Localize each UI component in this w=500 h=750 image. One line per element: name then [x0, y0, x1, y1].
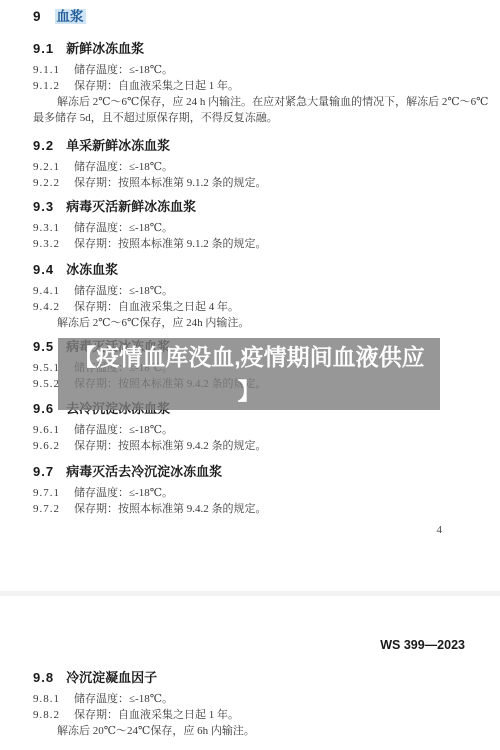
chapter-number: 9: [33, 9, 41, 24]
clause-text: 保存期：自血液采集之日起 4 年。: [74, 301, 239, 313]
clause-number: 9.1.2: [33, 80, 60, 92]
clause-9.3.2: 9.3.2保存期：按照本标准第 9.1.2 条的规定。: [33, 236, 500, 252]
clause-9.2.1: 9.2.1储存温度：≤-18℃。: [33, 159, 500, 175]
clause-text: 储存温度：≤-18℃。: [74, 222, 173, 234]
section-number: 9.4: [33, 262, 54, 277]
section-title: 病毒灭活新鲜冰冻血浆: [66, 199, 196, 214]
section-number: 9.7: [33, 464, 54, 479]
page-separator: [0, 591, 500, 596]
clause-number: 9.3.1: [33, 222, 60, 234]
clause-number: 9.6.2: [33, 440, 60, 452]
clause-text: 保存期：按照本标准第 9.1.2 条的规定。: [74, 238, 267, 250]
section-number: 9.5: [33, 339, 54, 354]
section-9.1: 9.1新鲜冰冻血浆 9.1.1储存温度：≤-18℃。9.1.2保存期：自血液采集…: [33, 40, 500, 126]
section-number: 9.1: [33, 41, 54, 56]
clause-text: 保存期：按照本标准第 9.4.2 条的规定。: [74, 503, 267, 515]
note-line: 解冻后 2℃～6℃保存，应 24 h 内输注。在应对紧急大量输血的情况下，解冻后…: [33, 94, 500, 110]
section-number: 9.3: [33, 199, 54, 214]
section-9.3: 9.3病毒灭活新鲜冰冻血浆 9.3.1储存温度：≤-18℃。9.3.2保存期：按…: [33, 198, 500, 252]
section-9.7: 9.7病毒灭活去冷沉淀冰冻血浆 9.7.1储存温度：≤-18℃。9.7.2保存期…: [33, 463, 500, 517]
clause-9.4.2: 9.4.2保存期：自血液采集之日起 4 年。: [33, 299, 500, 315]
note-line: 最多储存 5d，且不超过原保存期，不得反复冻融。: [33, 110, 500, 126]
section-number: 9.8: [33, 670, 54, 685]
page4-sections: 9.1新鲜冰冻血浆 9.1.1储存温度：≤-18℃。9.1.2保存期：自血液采集…: [33, 40, 500, 517]
document-page: 9血浆 9.1新鲜冰冻血浆 9.1.1储存温度：≤-18℃。9.1.2保存期：自…: [0, 0, 500, 750]
clause-9.8.1: 9.8.1储存温度：≤-18℃。: [33, 691, 500, 707]
chapter-title: 血浆: [55, 9, 86, 24]
clause-number: 9.7.2: [33, 503, 60, 515]
section-9.4: 9.4冰冻血浆 9.4.1储存温度：≤-18℃。9.4.2保存期：自血液采集之日…: [33, 261, 500, 331]
clause-9.2.2: 9.2.2保存期：按照本标准第 9.1.2 条的规定。: [33, 175, 500, 191]
note-line: 解冻后 2℃～6℃保存，应 24h 内输注。: [33, 315, 500, 331]
clause-9.7.2: 9.7.2保存期：按照本标准第 9.4.2 条的规定。: [33, 501, 500, 517]
page5-sections: 9.8冷沉淀凝血因子 9.8.1储存温度：≤-18℃。9.8.2保存期：自血液采…: [33, 669, 500, 739]
clause-number: 9.3.2: [33, 238, 60, 250]
page4-content: 9血浆 9.1新鲜冰冻血浆 9.1.1储存温度：≤-18℃。9.1.2保存期：自…: [0, 0, 500, 537]
clause-number: 9.7.1: [33, 487, 60, 499]
clause-9.8.2: 9.8.2保存期：自血液采集之日起 1 年。: [33, 707, 500, 723]
section-title: 冰冻血浆: [66, 262, 118, 277]
clause-number: 9.8.2: [33, 709, 60, 721]
section-number: 9.6: [33, 401, 54, 416]
clause-9.1.1: 9.1.1储存温度：≤-18℃。: [33, 62, 500, 78]
note-line: 解冻后 20℃～24℃保存，应 6h 内输注。: [33, 723, 500, 739]
section-9.8: 9.8冷沉淀凝血因子 9.8.1储存温度：≤-18℃。9.8.2保存期：自血液采…: [33, 669, 500, 739]
page5-content: WS 399—2023 9.8冷沉淀凝血因子 9.8.1储存温度：≤-18℃。9…: [0, 638, 500, 739]
clause-number: 9.6.1: [33, 424, 60, 436]
clause-number: 9.5.1: [33, 362, 60, 374]
clause-text: 储存温度：≤-18℃。: [74, 161, 173, 173]
clause-9.6.2: 9.6.2保存期：按照本标准第 9.4.2 条的规定。: [33, 438, 500, 454]
chapter-heading: 9血浆: [33, 8, 500, 25]
clause-text: 储存温度：≤-18℃。: [74, 487, 173, 499]
section-9.2: 9.2单采新鲜冰冻血浆 9.2.1储存温度：≤-18℃。9.2.2保存期：按照本…: [33, 137, 500, 191]
clause-number: 9.4.1: [33, 285, 60, 297]
clause-text: 保存期：自血液采集之日起 1 年。: [74, 80, 239, 92]
page-number: 4: [33, 523, 500, 537]
watermark-line-1: 【疫情血库没血,疫情期间血液供应: [73, 340, 424, 374]
clause-text: 储存温度：≤-18℃。: [74, 424, 173, 436]
section-title: 病毒灭活去冷沉淀冰冻血浆: [66, 464, 222, 479]
clause-text: 保存期：按照本标准第 9.4.2 条的规定。: [74, 440, 267, 452]
clause-number: 9.5.2: [33, 378, 60, 390]
clause-text: 储存温度：≤-18℃。: [74, 285, 173, 297]
watermark-banner: 【疫情血库没血,疫情期间血液供应 】: [58, 338, 440, 410]
standard-code: WS 399—2023: [0, 638, 500, 653]
clause-9.3.1: 9.3.1储存温度：≤-18℃。: [33, 220, 500, 236]
section-number: 9.2: [33, 138, 54, 153]
clause-text: 保存期：自血液采集之日起 1 年。: [74, 709, 239, 721]
clause-number: 9.1.1: [33, 64, 60, 76]
clause-text: 保存期：按照本标准第 9.1.2 条的规定。: [74, 177, 267, 189]
clause-9.1.2: 9.1.2保存期：自血液采集之日起 1 年。: [33, 78, 500, 94]
clause-9.6.1: 9.6.1储存温度：≤-18℃。: [33, 422, 500, 438]
clause-number: 9.4.2: [33, 301, 60, 313]
clause-number: 9.2.2: [33, 177, 60, 189]
section-title: 新鲜冰冻血浆: [66, 41, 144, 56]
clause-number: 9.2.1: [33, 161, 60, 173]
watermark-line-2: 】: [238, 374, 261, 408]
clause-text: 储存温度：≤-18℃。: [74, 64, 173, 76]
section-title: 冷沉淀凝血因子: [66, 670, 157, 685]
clause-9.4.1: 9.4.1储存温度：≤-18℃。: [33, 283, 500, 299]
section-title: 单采新鲜冰冻血浆: [66, 138, 170, 153]
clause-number: 9.8.1: [33, 693, 60, 705]
clause-9.7.1: 9.7.1储存温度：≤-18℃。: [33, 485, 500, 501]
clause-text: 储存温度：≤-18℃。: [74, 693, 173, 705]
